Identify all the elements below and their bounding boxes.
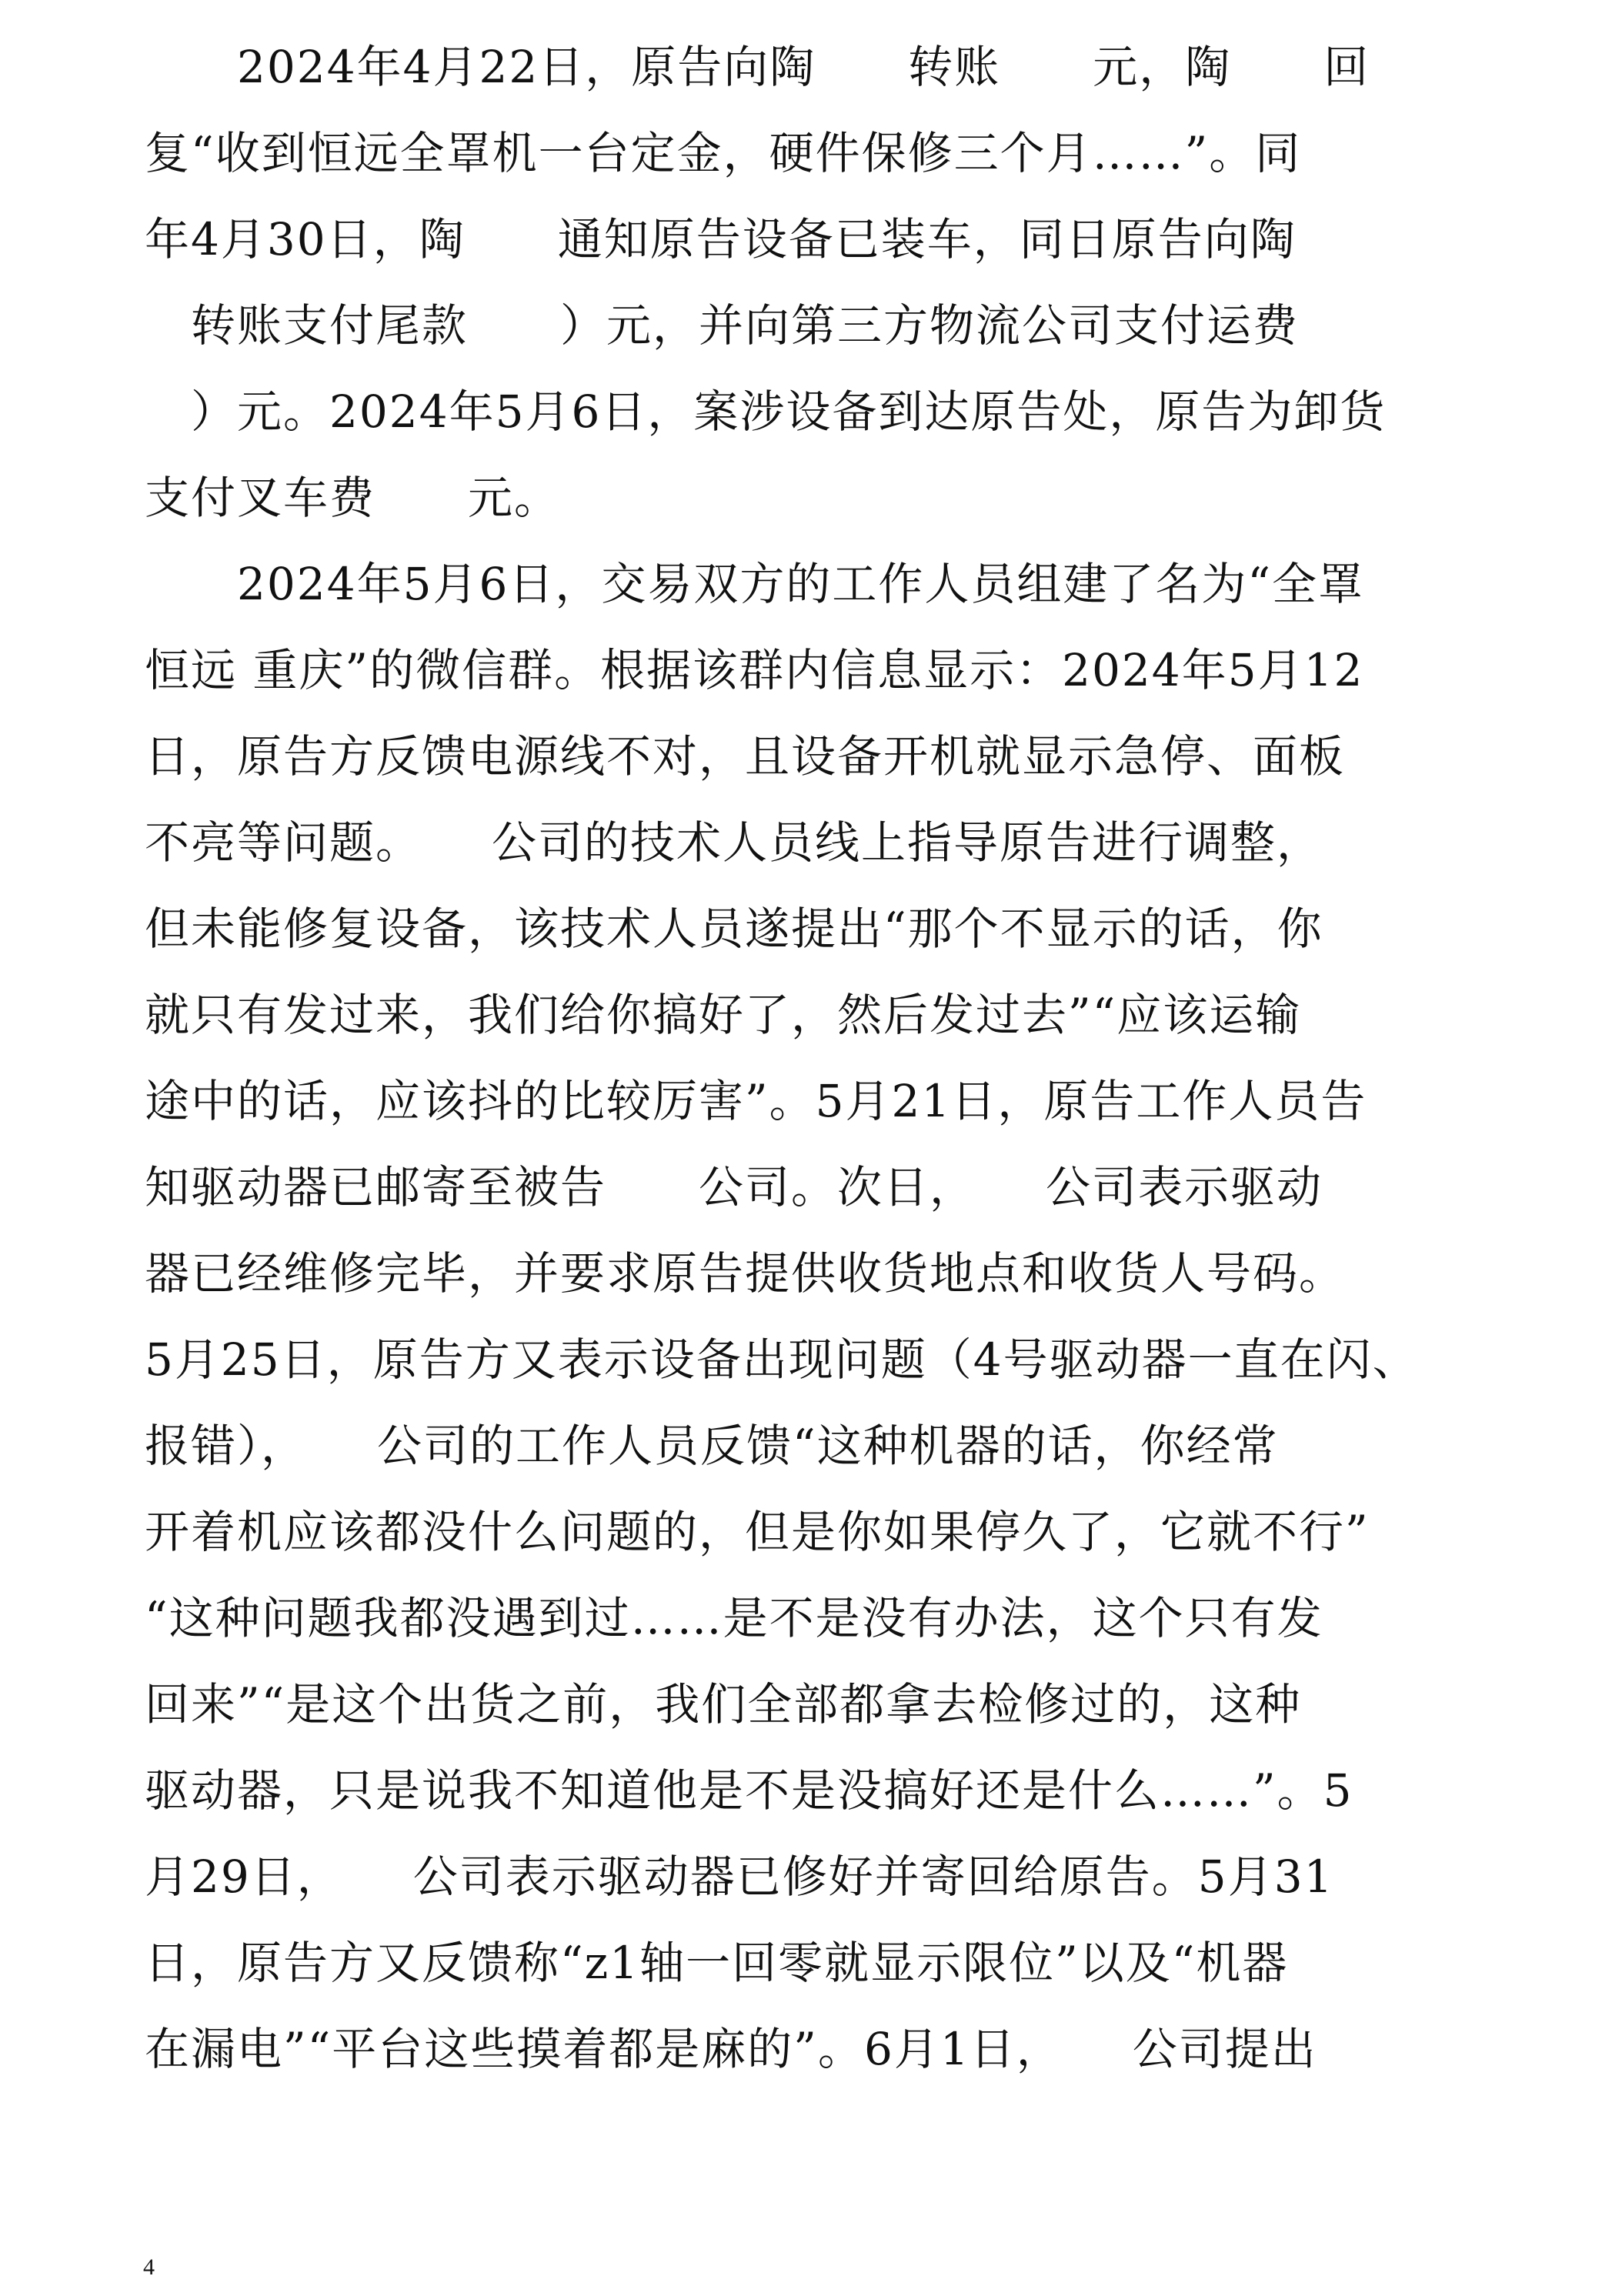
text-line: 年4月30日，陶 通知原告设备已装车，同日原告向陶 <box>145 203 1483 268</box>
text-line: 5月25日，原告方又表示设备出现问题（4号驱动器一直在闪、 <box>145 1323 1483 1388</box>
text-line: 2024年4月22日，原告向陶 转账 元，陶 回 <box>145 31 1483 95</box>
text-line: 报错）， 公司的工作人员反馈“这种机器的话，你经常 <box>145 1410 1483 1474</box>
text-line: 驱动器，只是说我不知道他是不是没搞好还是什么……”。5 <box>145 1754 1483 1819</box>
text-line: 途中的话，应该抖的比较厉害”。5月21日，原告工作人员告 <box>145 1065 1483 1130</box>
text-line: “这种问题我都没遇到过……是不是没有办法，这个只有发 <box>145 1582 1483 1647</box>
text-line: 回来”“是这个出货之前，我们全部都拿去检修过的，这种 <box>145 1668 1483 1733</box>
text-line: 在漏电”“平台这些摸着都是麻的”。6月1日， 公司提出 <box>145 2013 1483 2077</box>
text-line: 2024年5月6日，交易双方的工作人员组建了名为“全罩 <box>145 548 1483 612</box>
text-line: 复“收到恒远全罩机一台定金，硬件保修三个月……”。同 <box>145 117 1483 182</box>
text-line: 支付叉车费 元。 <box>145 462 1483 526</box>
text-line: 器已经维修完毕，并要求原告提供收货地点和收货人号码。 <box>145 1237 1483 1302</box>
page-number: 4 <box>143 2254 155 2281</box>
document-page: 2024年4月22日，原告向陶 转账 元，陶 回 复“收到恒远全罩机一台定金，硬… <box>0 0 1622 2296</box>
text-line: 但未能修复设备，该技术人员遂提出“那个不显示的话，你 <box>145 893 1483 957</box>
text-line: 日，原告方又反馈称“z1轴一回零就显示限位”以及“机器 <box>145 1927 1483 1991</box>
text-line: 转账支付尾款 ）元，并向第三方物流公司支付运费 <box>145 289 1483 354</box>
text-line: 恒远 重庆”的微信群。根据该群内信息显示：2024年5月12 <box>145 634 1483 699</box>
text-line: ）元。2024年5月6日，案涉设备到达原告处，原告为卸货 <box>145 375 1483 440</box>
text-line: 知驱动器已邮寄至被告 公司。次日， 公司表示驱动 <box>145 1151 1483 1216</box>
text-line: 月29日， 公司表示驱动器已修好并寄回给原告。5月31 <box>145 1840 1483 1905</box>
text-line: 就只有发过来，我们给你搞好了，然后发过去”“应该运输 <box>145 979 1483 1043</box>
text-line: 日，原告方反馈电源线不对，且设备开机就显示急停、面板 <box>145 720 1483 785</box>
text-line: 开着机应该都没什么问题的，但是你如果停久了，它就不行” <box>145 1496 1483 1560</box>
text-line: 不亮等问题。 公司的技术人员线上指导原告进行调整， <box>145 806 1483 871</box>
